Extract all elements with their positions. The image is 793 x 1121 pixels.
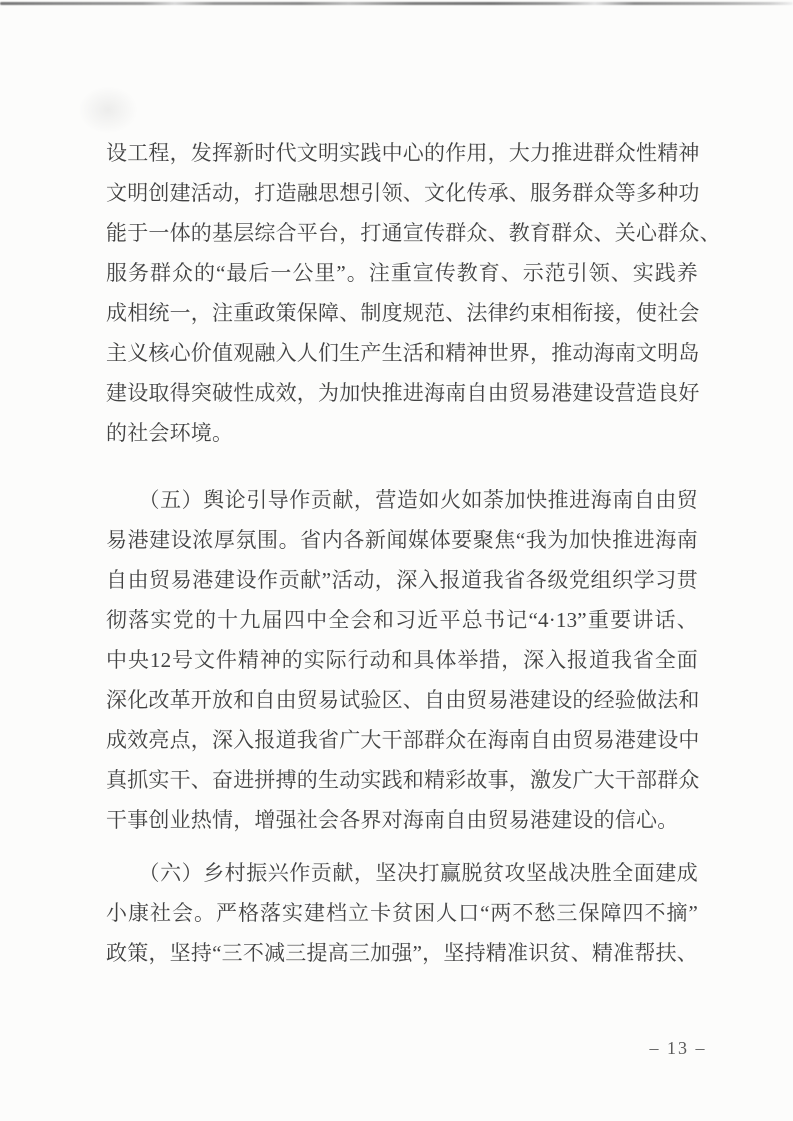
text-line: 深化改革开放和自由贸易试验区、自由贸易港建设的经验做法和 (106, 680, 698, 720)
text-line: 设工程，发挥新时代文明实践中心的作用，大力推进群众性精神 (106, 133, 698, 173)
text-line: 小康社会。严格落实建档立卡贫困人口“两不愁三保障四不摘” (106, 893, 698, 933)
text-line: 政策，坚持“三不减三提高三加强”，坚持精准识贫、精准帮扶、 (106, 933, 698, 973)
text-line: 干事创业热情，增强社会各界对海南自由贸易港建设的信心。 (106, 800, 698, 840)
scan-edge-artifact (0, 2, 793, 5)
text-line: （六）乡村振兴作贡献，坚决打赢脱贫攻坚战决胜全面建成 (106, 853, 698, 893)
page-number: – 13 – (636, 1036, 720, 1060)
text-line: 建设取得突破性成效，为加快推进海南自由贸易港建设营造良好 (106, 373, 698, 413)
smudge-mark (78, 86, 138, 134)
text-line: 易港建设浓厚氛围。省内各新闻媒体要聚焦“我为加快推进海南 (106, 520, 698, 560)
document-body: 设工程，发挥新时代文明实践中心的作用，大力推进群众性精神文明创建活动，打造融思想… (106, 133, 698, 973)
text-line: 中央12号文件精神的实际行动和具体举措，深入报道我省全面 (106, 640, 698, 680)
text-line: 能于一体的基层综合平台，打通宣传群众、教育群众、关心群众、 (106, 213, 698, 253)
paragraph-item-5: （五）舆论引导作贡献，营造如火如荼加快推进海南自由贸易港建设浓厚氛围。省内各新闻… (106, 480, 698, 840)
text-line: 彻落实党的十九届四中全会和习近平总书记“4·13”重要讲话、 (106, 600, 698, 640)
text-line: 服务群众的“最后一公里”。注重宣传教育、示范引领、实践养 (106, 253, 698, 293)
text-line: 成效亮点，深入报道我省广大干部群众在海南自由贸易港建设中 (106, 720, 698, 760)
text-line: 成相统一，注重政策保障、制度规范、法律约束相衔接，使社会 (106, 293, 698, 333)
scanned-document-page: { "document": { "language": "zh-CN", "pa… (0, 0, 793, 1121)
text-line: 自由贸易港建设作贡献”活动，深入报道我省各级党组织学习贯 (106, 560, 698, 600)
text-line: 真抓实干、奋进拼搏的生动实践和精彩故事，激发广大干部群众 (106, 760, 698, 800)
text-line: 文明创建活动，打造融思想引领、文化传承、服务群众等多种功 (106, 173, 698, 213)
paragraph-continuation: 设工程，发挥新时代文明实践中心的作用，大力推进群众性精神文明创建活动，打造融思想… (106, 133, 698, 453)
text-line: （五）舆论引导作贡献，营造如火如荼加快推进海南自由贸 (106, 480, 698, 520)
text-line: 的社会环境。 (106, 413, 698, 453)
text-line: 主义核心价值观融入人们生产生活和精神世界，推动海南文明岛 (106, 333, 698, 373)
paragraph-item-6: （六）乡村振兴作贡献，坚决打赢脱贫攻坚战决胜全面建成小康社会。严格落实建档立卡贫… (106, 853, 698, 973)
